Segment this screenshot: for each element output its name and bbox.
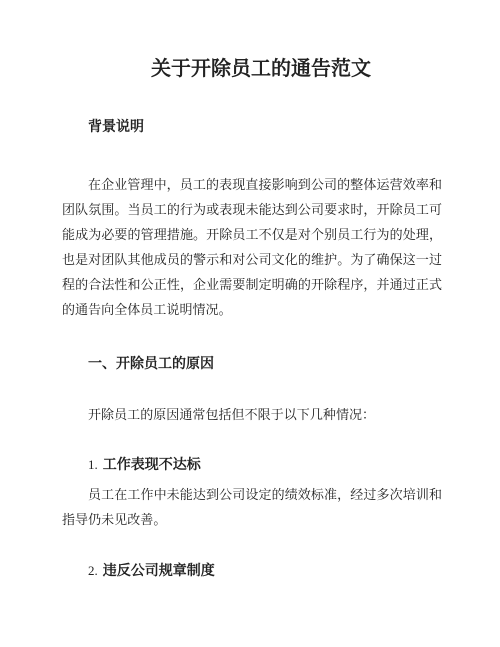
background-paragraph: 在企业管理中，员工的表现直接影响到公司的整体运营效率和团队氛围。当员工的行为或表… (62, 172, 442, 322)
list-item-1-body: 员工在工作中未能达到公司设定的绩效标准，经过多次培训和指导仍未见改善。 (62, 482, 442, 532)
section1-heading: 一、开除员工的原因 (62, 352, 442, 377)
list-item-2-number: 2. (88, 563, 98, 578)
list-item-2-heading: 2.违反公司规章制度 (62, 558, 442, 584)
document-page: 关于开除员工的通告范文 背景说明 在企业管理中，员工的表现直接影响到公司的整体运… (0, 0, 500, 647)
background-section-heading: 背景说明 (62, 115, 442, 140)
list-item-1-title: 工作表现不达标 (103, 458, 201, 473)
section1-intro-paragraph: 开除员工的原因通常包括但不限于以下几种情况： (62, 402, 442, 427)
list-item-2-title: 违反公司规章制度 (103, 564, 215, 579)
list-item-1-heading: 1.工作表现不达标 (62, 452, 442, 478)
document-title: 关于开除员工的通告范文 (62, 56, 442, 82)
list-item-1-number: 1. (88, 457, 98, 472)
